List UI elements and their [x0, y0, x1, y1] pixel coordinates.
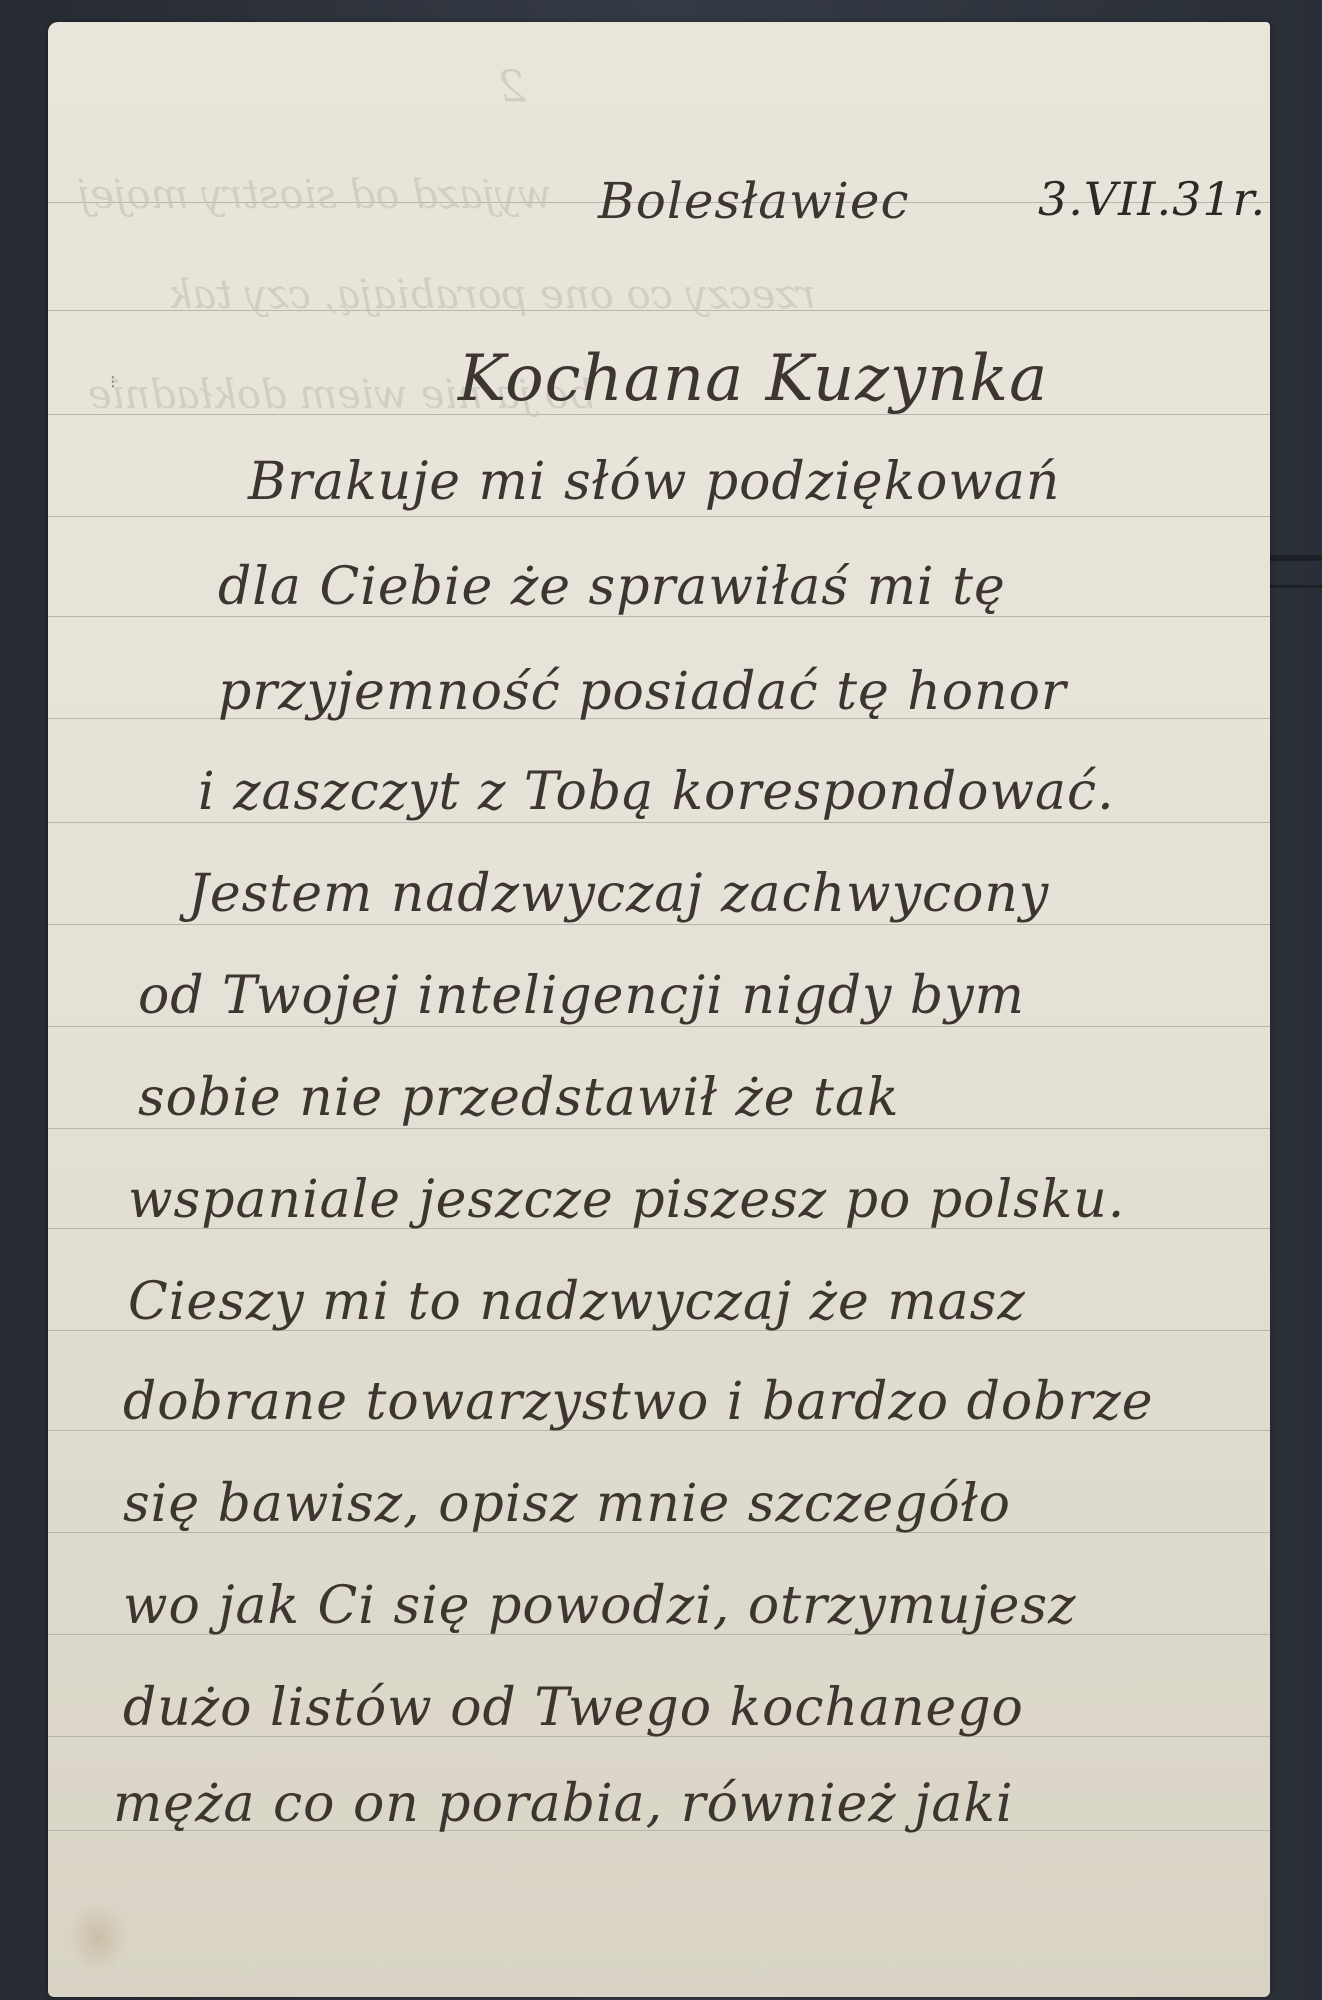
body-line: dla Ciebie że sprawiłaś mi tę — [218, 557, 1006, 617]
bleed-line: wyjazd od siostry mojej — [78, 172, 552, 218]
paper-stain — [68, 1902, 128, 1972]
margin-mark: ⁝ — [110, 372, 126, 400]
body-line: sobie nie przedstawił że tak — [138, 1068, 899, 1128]
ruled-line — [48, 516, 1270, 517]
body-line: się bawisz, opisz mnie szczegóło — [123, 1474, 1011, 1534]
body-line: wspaniale jeszcze piszesz po polsku. — [128, 1170, 1125, 1230]
bleed-line: rzeczy co one porabiają, czy tak — [168, 272, 816, 318]
background-rail — [1270, 555, 1322, 561]
background-rail — [1270, 585, 1322, 588]
body-line: od Twojej inteligencji nigdy bym — [138, 966, 1025, 1026]
body-line: dobrane towarzystwo i bardzo dobrze — [123, 1372, 1154, 1432]
ruled-line — [48, 1128, 1270, 1129]
body-line: dużo listów od Twego kochanego — [123, 1678, 1024, 1738]
letter-place: Bolesławiec — [598, 172, 910, 230]
body-line: i zaszczyt z Tobą korespondować. — [198, 762, 1115, 822]
ruled-line — [48, 1026, 1270, 1027]
body-line: przyjemność posiadać tę honor — [218, 662, 1067, 722]
body-line: Brakuje mi słów podziękowań — [248, 452, 1060, 512]
body-line: męża co on porabia, również jaki — [113, 1774, 1014, 1834]
letter-greeting: Kochana Kuzynka — [458, 342, 1048, 416]
body-line: wo jak Ci się powodzi, otrzymujesz — [123, 1576, 1076, 1636]
letter-page: 2 wyjazd od siostry mojej rzeczy co one … — [48, 22, 1270, 1997]
ruled-line — [48, 822, 1270, 823]
bleed-page-number: 2 — [498, 62, 526, 113]
letter-date: 3.VII.31r. — [1038, 172, 1266, 226]
ruled-line — [48, 924, 1270, 925]
body-line: Jestem nadzwyczaj zachwycony — [188, 864, 1049, 924]
body-line: Cieszy mi to nadzwyczaj że masz — [128, 1272, 1026, 1332]
